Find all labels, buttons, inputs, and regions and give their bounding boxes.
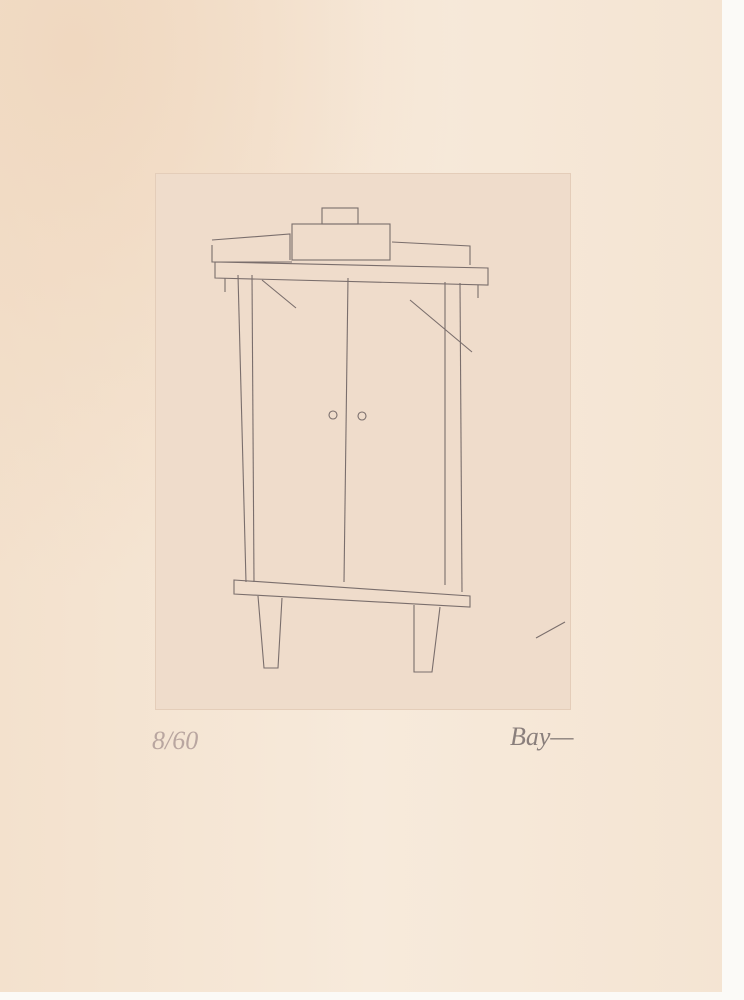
left-knob xyxy=(329,411,337,419)
cabinet-etching xyxy=(0,0,744,1000)
left-leg xyxy=(258,596,282,668)
top-block xyxy=(292,224,390,260)
cornice xyxy=(215,262,488,285)
base-rail xyxy=(234,580,470,607)
artist-signature: Bay— xyxy=(510,722,574,752)
door-split xyxy=(344,278,348,582)
top-box xyxy=(322,208,358,224)
right-knob xyxy=(358,412,366,420)
edition-number: 8/60 xyxy=(152,726,198,756)
right-leg xyxy=(414,605,440,672)
